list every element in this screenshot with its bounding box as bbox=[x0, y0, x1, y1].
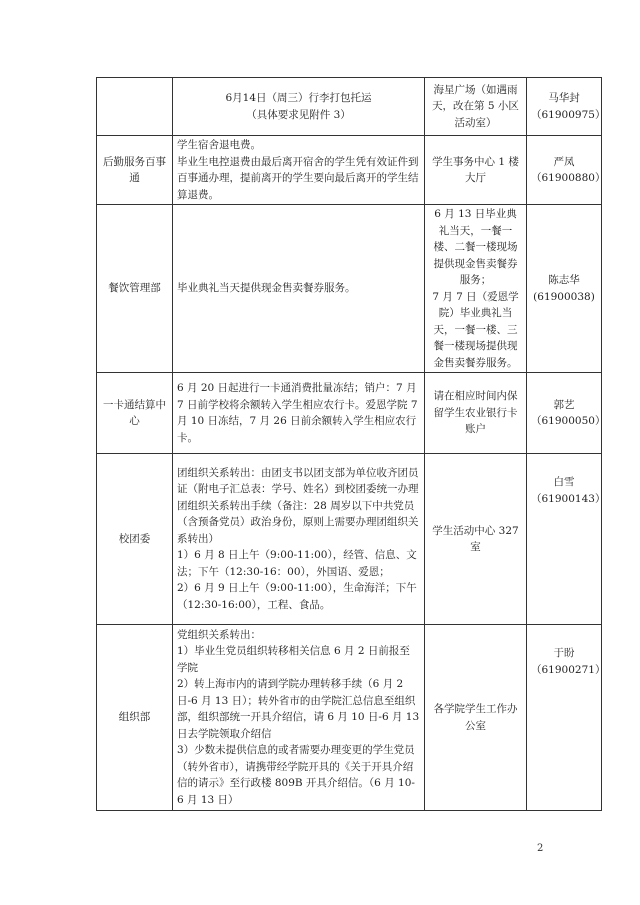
content-line: 1）毕业生党员组织转移相关信息 6 月 2 日前报至学院 bbox=[177, 643, 420, 676]
content-line: 1）6 月 8 日上午（9:00-11:00），经管、信息、文法；下午（12:3… bbox=[177, 547, 420, 580]
location-cell: 请在相应时间内保留学生农业银行卡账户 bbox=[425, 373, 527, 454]
location-cell: 海星广场（如遇雨天，改在第 5 小区活动室） bbox=[425, 78, 527, 136]
table-row: 后勤服务百事通 学生宿舍退电费。 毕业生电控退费由最后离开宿舍的学生凭有效证件到… bbox=[97, 136, 602, 205]
contact-phone: （61900050） bbox=[531, 413, 597, 430]
content-line: 6 月 20 日起进行一卡通消费批量冻结；销户：7 月 7 日前学校将余额转入学… bbox=[177, 380, 420, 446]
contact-name: 严凤 bbox=[531, 154, 597, 171]
location-cell: 学生事务中心 1 楼大厅 bbox=[425, 136, 527, 205]
graduation-procedures-table: 6月14日（周三）行李打包托运 （具体要求见附件 3） 海星广场（如遇雨天，改在… bbox=[96, 77, 602, 811]
table-row: 餐饮管理部 毕业典礼当天提供现金售卖餐券服务。 6 月 13 日毕业典礼当天，一… bbox=[97, 205, 602, 373]
content-cell: 6 月 20 日起进行一卡通消费批量冻结；销户：7 月 7 日前学校将余额转入学… bbox=[173, 373, 425, 454]
content-cell: 毕业典礼当天提供现金售卖餐券服务。 bbox=[173, 205, 425, 373]
contact-phone: （61900271） bbox=[531, 662, 597, 679]
location-cell: 学生活动中心 327 室 bbox=[425, 454, 527, 625]
contact-phone: （61900880） bbox=[531, 170, 597, 187]
table-row: 组织部 党组织关系转出： 1）毕业生党员组织转移相关信息 6 月 2 日前报至学… bbox=[97, 625, 602, 811]
content-line: 毕业典礼当天提供现金售卖餐券服务。 bbox=[177, 280, 420, 297]
department-cell: 后勤服务百事通 bbox=[97, 136, 173, 205]
content-line: 团组织关系转出：由团支书以团支部为单位收齐团员证（附电子汇总表：学号、姓名）到校… bbox=[177, 465, 420, 548]
content-line: 毕业生电控退费由最后离开宿舍的学生凭有效证件到百事通办理，提前离开的学生要向最后… bbox=[177, 154, 420, 204]
table-row: 一卡通结算中心 6 月 20 日起进行一卡通消费批量冻结；销户：7 月 7 日前… bbox=[97, 373, 602, 454]
content-cell: 党组织关系转出： 1）毕业生党员组织转移相关信息 6 月 2 日前报至学院 2）… bbox=[173, 625, 425, 811]
department-cell: 组织部 bbox=[97, 625, 173, 811]
content-cell: 学生宿舍退电费。 毕业生电控退费由最后离开宿舍的学生凭有效证件到百事通办理，提前… bbox=[173, 136, 425, 205]
department-cell: 餐饮管理部 bbox=[97, 205, 173, 373]
contact-cell: 严凤 （61900880） bbox=[527, 136, 602, 205]
content-line: 2）转上海市内的请到学院办理转移手续（6 月 2 日-6 月 13 日）；转外省… bbox=[177, 676, 420, 742]
content-line: 2）6 月 9 日上午（9:00-11:00），生命海洋；下午（12:30-16… bbox=[177, 580, 420, 613]
contact-cell: 陈志华 (61900038) bbox=[527, 205, 602, 373]
content-line: 学生宿舍退电费。 bbox=[177, 137, 420, 154]
table-row: 6月14日（周三）行李打包托运 （具体要求见附件 3） 海星广场（如遇雨天，改在… bbox=[97, 78, 602, 136]
content-cell: 6月14日（周三）行李打包托运 （具体要求见附件 3） bbox=[173, 78, 425, 136]
location-line: 7 月 7 日（爱恩学院）毕业典礼当天，一餐一楼、三餐一楼现场提供现金售卖餐券服… bbox=[429, 289, 522, 372]
contact-name: 白雪 bbox=[531, 474, 597, 491]
contact-cell: 郭艺 （61900050） bbox=[527, 373, 602, 454]
department-cell: 校团委 bbox=[97, 454, 173, 625]
location-cell: 6 月 13 日毕业典礼当天，一餐一楼、二餐一楼现场提供现金售卖餐券服务； 7 … bbox=[425, 205, 527, 373]
contact-name: 于盼 bbox=[531, 645, 597, 662]
content-line: （具体要求见附件 3） bbox=[177, 107, 420, 124]
content-line: 3）少数未提供信息的或者需要办理变更的学生党员（转外省市），请携带经学院开具的《… bbox=[177, 742, 420, 808]
department-cell bbox=[97, 78, 173, 136]
contact-cell: 马华封 （61900975） bbox=[527, 78, 602, 136]
location-cell: 各学院学生工作办公室 bbox=[425, 625, 527, 811]
table-row: 校团委 团组织关系转出：由团支书以团支部为单位收齐团员证（附电子汇总表：学号、姓… bbox=[97, 454, 602, 625]
document-page: 6月14日（周三）行李打包托运 （具体要求见附件 3） 海星广场（如遇雨天，改在… bbox=[0, 0, 640, 905]
contact-name: 马华封 bbox=[531, 90, 597, 107]
contact-phone: (61900038) bbox=[531, 289, 597, 306]
contact-phone: （61900143） bbox=[531, 491, 597, 508]
contact-cell: 于盼 （61900271） bbox=[527, 625, 602, 811]
contact-cell: 白雪 （61900143） bbox=[527, 454, 602, 625]
content-cell: 团组织关系转出：由团支书以团支部为单位收齐团员证（附电子汇总表：学号、姓名）到校… bbox=[173, 454, 425, 625]
department-cell: 一卡通结算中心 bbox=[97, 373, 173, 454]
content-line: 党组织关系转出： bbox=[177, 627, 420, 644]
content-line: 6月14日（周三）行李打包托运 bbox=[177, 90, 420, 107]
contact-name: 陈志华 bbox=[531, 272, 597, 289]
location-line: 6 月 13 日毕业典礼当天，一餐一楼、二餐一楼现场提供现金售卖餐券服务； bbox=[429, 206, 522, 289]
page-number: 2 bbox=[537, 843, 543, 854]
contact-phone: （61900975） bbox=[531, 107, 597, 124]
contact-name: 郭艺 bbox=[531, 397, 597, 414]
